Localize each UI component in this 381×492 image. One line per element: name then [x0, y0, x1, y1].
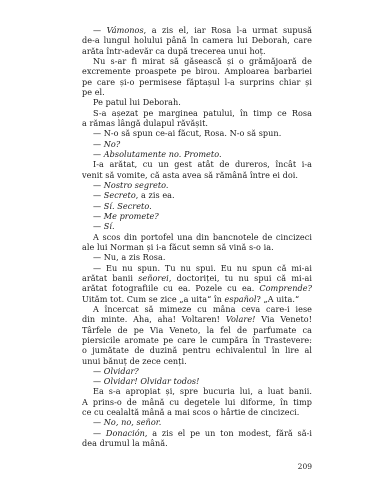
text-span: de-a lungul holului până în camera lui D… [82, 35, 312, 45]
text-line: ce cu cealaltă mână a mai scos o hârtie … [82, 407, 312, 417]
italic-text: Sí. Secreto. [104, 201, 152, 211]
text-line: de-a lungul holului până în camera lui D… [82, 35, 312, 45]
text-line: — N-o să spun ce-ai făcut, Rosa. N-o să … [82, 128, 312, 138]
text-line: — Vámonos, a zis el, iar Rosa l-a urmat … [82, 25, 312, 35]
text-span: o jumătate de duzină pentru echivalentul… [82, 345, 312, 355]
text-line: — Sí. Secreto. [82, 201, 312, 211]
text-span: — [93, 376, 104, 386]
text-span: — [93, 201, 104, 211]
text-line: A încercat să mimeze cu mâna ceva care-i… [82, 304, 312, 314]
text-line: arătat banii señorei, doctoriței, tu nu … [82, 273, 312, 283]
text-line: pe care și-o permisese făptașul l-a surp… [82, 77, 312, 87]
text-span: , a zis el pe un ton modest, fără să-i [145, 428, 312, 438]
text-line: — Me promete? [82, 211, 312, 221]
text-span: arătat fotografiile cu ea. Pozele cu ea. [82, 283, 259, 293]
text-line: arăta într-adevăr ca după trecerea unui … [82, 46, 312, 56]
text-span: arăta într-adevăr ca după trecerea unui … [82, 46, 266, 56]
text-line: — Eu nu spun. Tu nu spui. Eu nu spun că … [82, 263, 312, 273]
text-span: A încercat să mimeze cu mâna ceva care-i… [93, 304, 312, 314]
text-line: A prins-o de mână cu degetele lui diform… [82, 397, 312, 407]
italic-text: señorei [138, 273, 169, 283]
text-span: , a zis el, iar Rosa l-a urmat supusă [144, 25, 312, 35]
text-span: arătat banii [82, 273, 138, 283]
book-page: — Vámonos, a zis el, iar Rosa l-a urmat … [0, 0, 381, 492]
text-line: — Donación, a zis el pe un ton modest, f… [82, 428, 312, 438]
text-line: — No, no, señor. [82, 417, 312, 427]
text-line: venit să vomite, că asta avea să rămână … [82, 170, 312, 180]
italic-text: Nostro segreto. [104, 180, 169, 190]
text-line: I-a arătat, cu un gest atât de dureros, … [82, 159, 312, 169]
body-text: — Vámonos, a zis el, iar Rosa l-a urmat … [82, 25, 312, 448]
text-span: — [93, 428, 106, 438]
text-line: Ea s-a apropiat și, spre bucuria lui, a … [82, 386, 312, 396]
text-span: pe care și-o permisese făptașul l-a surp… [82, 77, 312, 87]
italic-text: Sí. [104, 221, 115, 231]
text-line: o jumătate de duzină pentru echivalentul… [82, 345, 312, 355]
text-span: ? „A uita.“ [256, 294, 299, 304]
text-line: Pe patul lui Deborah. [82, 97, 312, 107]
italic-text: Volare! [226, 314, 256, 324]
text-span: — Eu nu spun. Tu nu spui. Eu nu spun că … [93, 263, 312, 273]
text-line: ale lui Norman și i-a făcut semn să vină… [82, 242, 312, 252]
text-span: venit să vomite, că asta avea să rămână … [82, 170, 298, 180]
text-line: Uităm tot. Cum se zice „a uita“ în españ… [82, 294, 312, 304]
text-span: — [93, 366, 104, 376]
italic-text: Vámonos [107, 25, 144, 35]
text-line: S-a așezat pe marginea patului, în timp … [82, 108, 312, 118]
text-line: A scos din portofel una din bancnotele d… [82, 232, 312, 242]
text-span: — [93, 417, 104, 427]
text-line: Târfele de pe Via Veneto, la fel de parf… [82, 325, 312, 335]
text-line: pe el. [82, 87, 312, 97]
text-line: Nu s-ar fi mirat să găsească și o grămăj… [82, 56, 312, 66]
text-line: a rămas lângă dulapul răvășit. [82, 118, 312, 128]
text-span: piersicile aromate pe care le cumpăra în… [82, 335, 312, 345]
text-line: unui bănuț de zece cenți. [82, 356, 312, 366]
italic-text: español [224, 294, 256, 304]
text-span: — [93, 221, 104, 231]
page-number: 209 [292, 462, 312, 471]
text-span: S-a așezat pe marginea patului, în timp … [93, 108, 312, 118]
text-span: , doctoriței, tu nu spui că mi-ai [169, 273, 312, 283]
text-line: arătat fotografiile cu ea. Pozele cu ea.… [82, 283, 312, 293]
text-span: din minte. Aha, aha! Voltaren! [82, 314, 226, 324]
text-span: , a zis ea. [136, 190, 175, 200]
text-span: a rămas lângă dulapul răvășit. [82, 118, 208, 128]
text-span: — [93, 25, 107, 35]
italic-text: Absolutamente no. Prometo. [104, 149, 222, 159]
text-line: din minte. Aha, aha! Voltaren! Volare! V… [82, 314, 312, 324]
text-line: — Sí. [82, 221, 312, 231]
text-span: — N-o să spun ce-ai făcut, Rosa. N-o să … [93, 128, 281, 138]
text-span: — [93, 180, 104, 190]
text-line: dea drumul la mână. [82, 438, 312, 448]
italic-text: No? [104, 139, 120, 149]
text-span: — Nu, a zis Rosa. [93, 252, 165, 262]
text-span: — [93, 190, 104, 200]
text-span: Via Veneto! [255, 314, 312, 324]
italic-text: Olvidar? [104, 366, 139, 376]
text-span: unui bănuț de zece cenți. [82, 356, 187, 366]
text-span: — [93, 149, 104, 159]
text-line: — Nu, a zis Rosa. [82, 252, 312, 262]
text-span: A prins-o de mână cu degetele lui diform… [82, 397, 312, 407]
italic-text: No, no, señor. [104, 417, 162, 427]
italic-text: Me promete? [104, 211, 159, 221]
text-span: — [93, 211, 104, 221]
text-line: — Absolutamente no. Prometo. [82, 149, 312, 159]
text-span: ce cu cealaltă mână a mai scos o hârtie … [82, 407, 299, 417]
italic-text: Comprende? [259, 283, 312, 293]
text-span: Nu s-ar fi mirat să găsească și o grămăj… [93, 56, 312, 66]
text-line: — Secreto, a zis ea. [82, 190, 312, 200]
text-span: A scos din portofel una din bancnotele d… [93, 232, 312, 242]
text-span: Pe patul lui Deborah. [93, 97, 181, 107]
text-line: excremente proaspete pe birou. Amploarea… [82, 66, 312, 76]
text-span: I-a arătat, cu un gest atât de dureros, … [93, 159, 312, 169]
text-line: piersicile aromate pe care le cumpăra în… [82, 335, 312, 345]
italic-text: Donación [106, 428, 145, 438]
text-line: — Nostro segreto. [82, 180, 312, 190]
text-span: ale lui Norman și i-a făcut semn să vină… [82, 242, 274, 252]
text-span: Uităm tot. Cum se zice „a uita“ în [82, 294, 224, 304]
text-span: dea drumul la mână. [82, 438, 168, 448]
text-line: — Olvidar! Olvidar todos! [82, 376, 312, 386]
text-line: — Olvidar? [82, 366, 312, 376]
text-span: pe el. [82, 87, 105, 97]
text-span: excremente proaspete pe birou. Amploarea… [82, 66, 312, 76]
text-line: — No? [82, 139, 312, 149]
italic-text: Olvidar! Olvidar todos! [104, 376, 200, 386]
text-span: Ea s-a apropiat și, spre bucuria lui, a … [93, 386, 312, 396]
italic-text: Secreto [104, 190, 136, 200]
text-span: Târfele de pe Via Veneto, la fel de parf… [82, 325, 312, 335]
text-span: — [93, 139, 104, 149]
